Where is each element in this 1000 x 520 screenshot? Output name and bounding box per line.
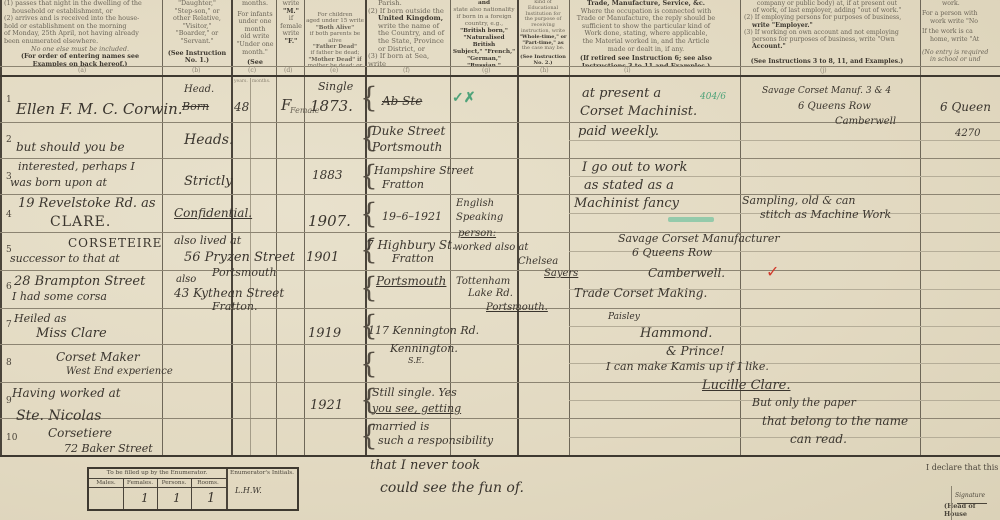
entry-birthplace: Fratton xyxy=(382,178,424,191)
entry-occupation: at present a xyxy=(582,86,661,101)
entry-relationship: also xyxy=(176,274,196,285)
entry-relationship: Strictly xyxy=(184,174,233,189)
sub-rule xyxy=(569,176,1000,177)
col-divider xyxy=(276,0,277,456)
header-line: company or public body) at, if at presen… xyxy=(744,0,910,7)
entry-education: Chelsea xyxy=(518,256,558,267)
note-below-table: that I never took xyxy=(370,458,480,473)
entry-relationship: Confidential. xyxy=(174,206,252,220)
brace-mark: { xyxy=(360,200,378,228)
header-col-employer: company or public body) at, if at presen… xyxy=(744,0,910,66)
entry-occupation: paid weekly. xyxy=(578,124,659,139)
checkmark-icon: ✓ xyxy=(766,262,779,281)
header-line: country, e.g., xyxy=(452,21,516,28)
row-number: 10 xyxy=(6,433,17,443)
entry-birthplace: Hampshire Street xyxy=(374,164,474,177)
header-line: month." xyxy=(233,49,277,57)
header-line: (2) If employing persons for purposes of… xyxy=(744,14,910,21)
box-divider xyxy=(226,469,228,509)
header-col-occupation: Trade, Manufacture, Service, &c. Where t… xyxy=(572,0,720,66)
entry-nationality: Lake Rd. xyxy=(468,288,513,299)
brace-mark: { xyxy=(360,350,378,378)
entry-nationality: Speaking xyxy=(456,212,503,223)
header-col-birthplace: Parish. (2) If born outside the United K… xyxy=(368,0,448,66)
header-col-education: kind of Educational Institution for the … xyxy=(519,0,567,66)
entry-occupation: 6 Queens Row xyxy=(632,246,712,259)
header-instruction: (See Instruction No. 2.) xyxy=(519,55,567,66)
column-label: (j) xyxy=(820,67,827,74)
header-instruction: (See Examples.) xyxy=(233,59,277,66)
entry-relationship: Head. xyxy=(184,84,214,95)
entry-occupation: Corset Machinist. xyxy=(580,104,697,119)
enumerator-initials-label: Enumerator's Initials. xyxy=(229,470,295,476)
row-number: 2 xyxy=(6,135,12,145)
header-line: of work, of last employer, adding "out o… xyxy=(744,7,910,14)
entry-name: Ste. Nicolas xyxy=(16,408,101,424)
header-line: home, write "At xyxy=(922,36,1000,43)
column-label: (i) xyxy=(624,67,631,74)
column-label: (h) xyxy=(540,67,549,74)
entry-name: Having worked at xyxy=(12,386,121,400)
entry-relationship: 43 Kythean Street xyxy=(174,286,284,300)
green-highlight xyxy=(668,217,714,222)
entry-year: 1907. xyxy=(308,212,351,230)
census-form-sheet: (1) passes that night in the dwelling of… xyxy=(0,0,1000,520)
entry-birthplace: Fratton xyxy=(392,252,434,265)
column-label: (d) xyxy=(284,67,293,74)
col-divider xyxy=(920,0,921,456)
header-line: Account." xyxy=(744,43,910,50)
entry-name: Corsetiere xyxy=(48,426,112,440)
entry-employer: 6 Queens Row xyxy=(798,101,871,112)
row-rule xyxy=(0,158,1000,159)
entry-education: Sayers xyxy=(544,268,578,279)
header-bottom-rule xyxy=(0,66,1000,67)
age-subhead: years. xyxy=(234,79,248,84)
entry-birthplace: you see, getting xyxy=(372,402,461,415)
row-rule xyxy=(0,344,1000,345)
note-line: that I never took xyxy=(370,458,480,473)
header-col-name: (1) passes that night in the dwelling of… xyxy=(4,0,156,66)
entry-occupation: Savage Corset Manufacturer xyxy=(618,232,780,245)
header-line: state also nationality xyxy=(452,7,516,14)
entry-name: was born upon at xyxy=(10,176,107,189)
entry-year: 1921 xyxy=(310,398,343,413)
header-line: if both parents be alive xyxy=(306,31,364,44)
entry-birthplace: 19–6–1921 xyxy=(382,210,442,223)
entry-relationship-struck: Born xyxy=(182,100,209,113)
row-rule xyxy=(0,232,1000,233)
declaration-divider xyxy=(951,486,952,520)
header-line: (3) If working on own account and not em… xyxy=(744,29,910,36)
entry-nationality: worked also at xyxy=(454,242,528,253)
header-line: write "Employer." xyxy=(744,22,910,29)
checkmark-icon: ✓✗ xyxy=(452,90,475,106)
entry-occupation: I go out to work xyxy=(582,160,687,175)
entry-employer: stitch as Machine Work xyxy=(760,208,891,221)
header-line: Subject," "French," xyxy=(452,49,516,56)
entry-occupation: Camberwell. xyxy=(648,266,725,280)
header-col-relationship: "Daughter," "Step-son," or other Relativ… xyxy=(164,0,230,66)
entry-year: 1919 xyxy=(308,326,341,341)
entry-marriage: Single xyxy=(318,80,353,93)
entry-workplace: 4270 xyxy=(955,128,980,139)
declaration-text: I declare that this xyxy=(926,463,998,472)
column-label: (e) xyxy=(330,67,338,74)
entry-nationality: Portsmouth. xyxy=(486,302,548,313)
header-line: "Naturalised British xyxy=(452,35,516,49)
header-col-sex: write "M." if female write "F." xyxy=(278,0,304,66)
column-header: Males. xyxy=(89,480,123,486)
entry-birthplace: Portsmouth xyxy=(372,140,442,154)
header-line: "British born," xyxy=(452,28,516,35)
entry-employer: Savage Corset Manuf. 3 & 4 xyxy=(762,86,891,96)
entry-birthplace: Portsmouth xyxy=(376,274,446,288)
entry-name: successor to that at xyxy=(10,252,120,265)
entry-birthplace: Duke Street xyxy=(372,124,445,138)
header-line: if father be dead; xyxy=(306,50,364,56)
entry-name: 72 Baker Street xyxy=(64,442,153,455)
entry-relationship: also lived at xyxy=(174,234,241,247)
header-line: (3) If born at Sea, write xyxy=(368,53,448,66)
header-instruction: (See Instruction No. 1.) xyxy=(164,50,230,65)
header-line: the case may be. xyxy=(519,46,567,52)
entry-relationship: Heads. xyxy=(184,132,233,148)
header-note: (No entry is required xyxy=(922,49,1000,56)
entry-birthplace: such a responsibility xyxy=(378,434,493,447)
header-line: work write "No xyxy=(922,18,1000,25)
entry-age: 48 xyxy=(234,100,249,114)
entry-name: interested, perhaps I xyxy=(18,160,135,173)
header-line: made or dealt in, if any. xyxy=(572,46,720,54)
entry-workplace: 6 Queen xyxy=(940,100,991,114)
entry-name: CLARE. xyxy=(50,214,111,230)
enumerator-box: To be filled up by the Enumerator. Enume… xyxy=(87,467,299,511)
header-note: in school or und xyxy=(922,56,1000,63)
sub-rule xyxy=(569,326,1000,327)
header-line: If the work is ca xyxy=(922,28,1000,35)
entry-employer: Sampling, old & can xyxy=(742,194,856,207)
head-of-household-label: (Head of House xyxy=(944,502,1000,518)
column-label: (a) xyxy=(78,67,86,74)
entry-occupation: Paisley xyxy=(608,312,640,322)
entry-birthplace: married is xyxy=(372,420,429,433)
enumerator-title: To be filled up by the Enumerator. xyxy=(89,470,225,476)
entry-relationship: Portsmouth xyxy=(212,266,277,279)
header-line: months. xyxy=(233,0,277,8)
entry-occupation: Trade Corset Making. xyxy=(574,286,707,300)
column-label: (g) xyxy=(482,67,491,74)
entry-nationality: Tottenham xyxy=(456,276,510,287)
entry-name: Corset Maker xyxy=(56,350,140,364)
left-border xyxy=(0,0,2,456)
header-instruction: (If retired see Instruction 6; see also … xyxy=(572,55,720,66)
entry-birthplace: 117 Kennington Rd. xyxy=(368,324,479,337)
count-persons: 1 xyxy=(173,491,181,505)
header-line: For a person with xyxy=(922,10,1000,17)
entry-name: 28 Brampton Street xyxy=(14,274,145,289)
box-divider xyxy=(123,478,124,509)
entry-name: West End experience xyxy=(66,366,173,377)
entry-name: Miss Clare xyxy=(36,326,107,341)
col-divider xyxy=(231,0,233,456)
entry-name: Heiled as xyxy=(14,312,66,325)
box-divider xyxy=(191,478,192,509)
entry-relationship: Fratton. xyxy=(212,300,258,313)
signature-label-text: Signature xyxy=(955,492,985,499)
table-top-rule xyxy=(0,75,1000,77)
column-header: Females. xyxy=(123,480,157,486)
sub-rule xyxy=(569,437,1000,438)
column-label: (c) xyxy=(248,67,256,74)
entry-nationality: person: xyxy=(458,228,496,239)
column-label: (b) xyxy=(192,67,201,74)
header-line: "German," "Russian," xyxy=(452,56,516,66)
entry-name: Ellen F. M. C. Corwin. xyxy=(16,100,183,118)
count-females: 1 xyxy=(141,491,149,505)
table-bottom-rule xyxy=(0,455,1000,457)
header-line: work. xyxy=(922,0,1000,7)
enumerator-initials: L.H.W. xyxy=(235,486,262,495)
row-number: 4 xyxy=(6,210,12,220)
occupation-code: 404/6 xyxy=(700,92,726,102)
age-subhead: months. xyxy=(252,79,270,84)
header-line: and xyxy=(452,0,516,7)
header-line: "Servant." xyxy=(164,38,230,46)
entry-name: CORSETEIRE xyxy=(68,236,162,250)
entry-occupation: as stated as a xyxy=(584,178,674,193)
entry-signature: Lucille Clare. xyxy=(702,378,790,393)
row-rule xyxy=(0,382,1000,383)
entry-name: 19 Revelstoke Rd. as xyxy=(18,196,156,211)
entry-occupation: But only the paper xyxy=(752,396,856,409)
entry-year: 1873. xyxy=(310,97,353,115)
box-divider xyxy=(157,478,158,509)
row-number: 8 xyxy=(6,358,12,368)
header-order: (For order of entering names see Example… xyxy=(4,53,156,66)
entry-occupation: can read. xyxy=(790,432,847,446)
header-col-workplace: work. For a person with work write "No I… xyxy=(922,0,1000,66)
entry-birthplace: 7 Highbury St. xyxy=(366,238,456,252)
header-col-nationality: and state also nationality if born in a … xyxy=(452,0,516,66)
count-rooms: 1 xyxy=(207,491,215,506)
column-header: Rooms. xyxy=(191,480,225,486)
col-divider xyxy=(162,0,163,456)
header-line: persons for purposes of business, write … xyxy=(744,36,910,43)
entry-name: I had some corsa xyxy=(12,290,107,303)
col-divider xyxy=(569,0,570,456)
entry-occupation: Hammond. xyxy=(640,326,712,341)
column-header: Persons. xyxy=(157,480,191,486)
brace-mark: { xyxy=(360,84,378,112)
entry-name: but should you be xyxy=(16,140,125,154)
entry-occupation: Machinist fancy xyxy=(574,196,679,211)
entry-year: 1883 xyxy=(312,168,343,182)
header-line: "F." xyxy=(278,38,304,46)
header-line: if born in a foreign xyxy=(452,14,516,21)
row-number: 7 xyxy=(6,320,12,330)
entry-birthplace: S.E. xyxy=(408,356,424,365)
entry-birthplace: Still single. Yes xyxy=(372,386,457,399)
row-number: 9 xyxy=(6,396,12,406)
entry-employer: Camberwell xyxy=(835,116,896,127)
entry-nationality: English xyxy=(456,198,494,209)
row-number: 6 xyxy=(6,282,12,292)
row-rule xyxy=(0,270,1000,271)
header-col-age: months. For infants under one month old … xyxy=(233,0,277,66)
sub-rule xyxy=(569,140,1000,141)
entry-relationship: 56 Pryzen Street xyxy=(184,250,295,265)
header-col-orphanhood: For children aged under 15 write "Both A… xyxy=(306,0,364,66)
entry-year: 1901 xyxy=(306,250,339,265)
entry-occupation: that belong to the name xyxy=(762,414,908,428)
header-instruction: (See Instructions 3 to 8, 11, and Exampl… xyxy=(744,58,910,65)
col-divider xyxy=(304,0,305,456)
column-label: (f) xyxy=(403,67,410,74)
entry-birthplace-struck: Ab Ste xyxy=(382,94,422,108)
row-number: 1 xyxy=(6,95,12,105)
note-below-table: could see the fun of. xyxy=(380,480,524,496)
entry-birthplace: Kennington. xyxy=(390,342,458,355)
col-divider xyxy=(517,0,519,456)
entry-occupation: I can make Kamis up if I like. xyxy=(606,360,769,373)
entry-occupation: & Prince! xyxy=(666,344,725,358)
header-line: aged under 15 write xyxy=(306,18,364,24)
